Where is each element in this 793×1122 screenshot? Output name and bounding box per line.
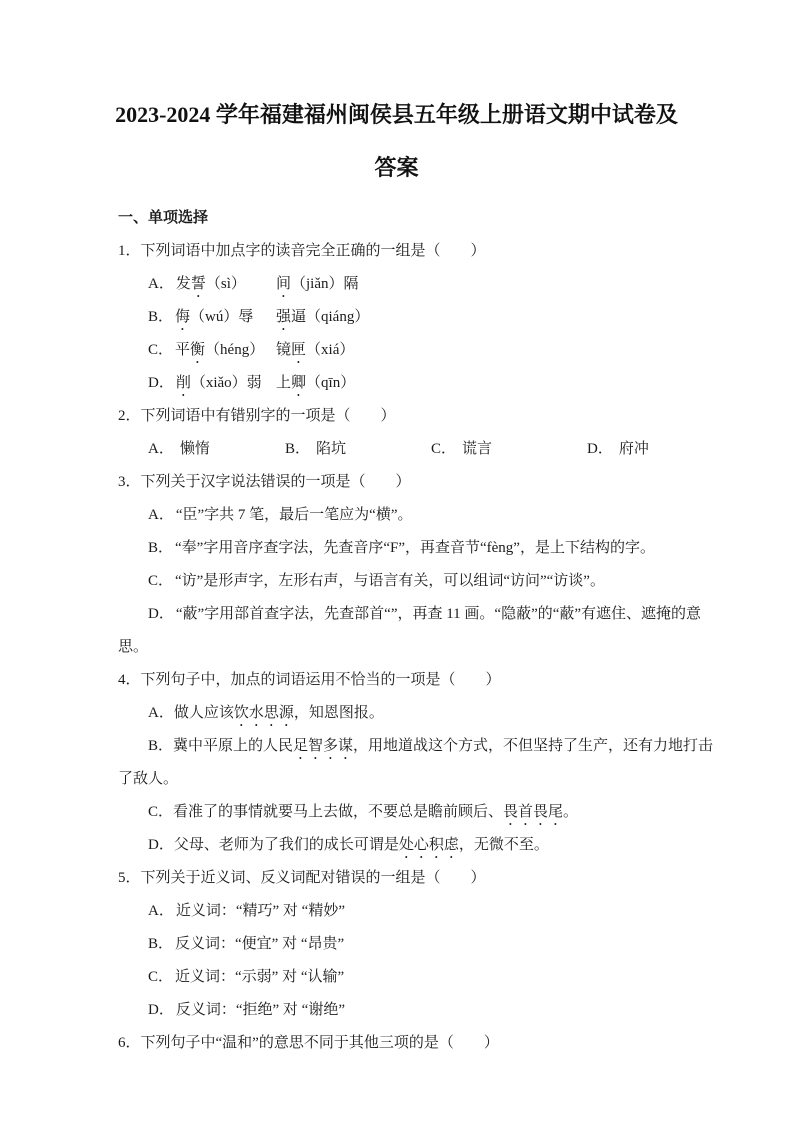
option-word-1: 侮（wú）辱 xyxy=(175,309,253,325)
question-3-option-a: A．“臣”字共 7 笔，最后一笔应为“横”。 xyxy=(118,499,718,532)
document-body: 一、单项选择 1．下列词语中加点字的读音完全正确的一组是（ ） A．发誓（sì）… xyxy=(0,194,793,1060)
option-label: A． xyxy=(148,441,174,457)
question-1-option-a: A．发誓（sì）间（jiǎn）隔 xyxy=(118,268,718,301)
option-label: C． xyxy=(148,969,173,985)
option-label: A． xyxy=(148,276,174,292)
question-5-option-a: A．近义词：“精巧” 对 “精妙” xyxy=(118,895,718,928)
question-5-option-c: C．近义词：“示弱” 对 “认输” xyxy=(118,961,718,994)
question-5-option-d: D．反义词：“拒绝” 对 “谢绝” xyxy=(118,994,718,1027)
question-2-stem: 2．下列词语中有错别字的一项是（ ） xyxy=(118,400,718,433)
option-word-1: 削（xiǎo）弱 xyxy=(176,375,262,391)
question-6-stem: 6．下列句子中“温和”的意思不同于其他三项的是（ ） xyxy=(118,1027,718,1060)
option-text: 府冲 xyxy=(619,441,649,457)
option-text: 反义词：“拒绝” 对 “谢绝” xyxy=(176,1002,345,1018)
question-1-option-c: C．平衡（héng）镜匣（xiá） xyxy=(118,334,718,367)
question-1-stem: 1．下列词语中加点字的读音完全正确的一组是（ ） xyxy=(118,235,718,268)
document-title: 2023-2024 学年福建福州闽侯县五年级上册语文期中试卷及 答案 xyxy=(0,0,793,194)
question-2-option-d: D．府冲 xyxy=(587,433,718,466)
question-1-option-b: B．侮（wú）辱强逼（qiáng） xyxy=(118,301,718,334)
question-2-options-row: A．懒惰 B．陷坑 C．谎言 D．府冲 xyxy=(118,433,718,466)
option-text: “蔽”字用部首查字法，先查部首“”，再查 11 画。“隐蔽”的“蔽”有遮住、遮掩… xyxy=(118,606,701,655)
question-1-option-d: D．削（xiǎo）弱上卿（qīn） xyxy=(118,367,718,400)
option-label: D． xyxy=(148,606,174,622)
title-line-2: 答案 xyxy=(0,141,793,194)
option-text: “访”是形声字，左形右声，与语言有关，可以组词“访问”“访谈”。 xyxy=(175,573,605,589)
option-word-1: 平衡（héng） xyxy=(175,342,264,358)
option-label: C． xyxy=(431,441,456,457)
question-2-option-c: C．谎言 xyxy=(431,433,587,466)
option-text: 近义词：“示弱” 对 “认输” xyxy=(175,969,344,985)
title-line-1: 2023-2024 学年福建福州闽侯县五年级上册语文期中试卷及 xyxy=(0,88,793,141)
option-label: C． xyxy=(148,342,173,358)
question-4-option-a: A．做人应该饮水思源，知恩图报。 xyxy=(118,697,718,730)
question-3-option-b: B．“奉”字用音序查字法，先查音序“F”，再查音节“fèng”，是上下结构的字。 xyxy=(118,532,718,565)
question-2-option-b: B．陷坑 xyxy=(285,433,431,466)
question-4-option-c: C．看准了的事情就要马上去做，不要总是瞻前顾后、畏首畏尾。 xyxy=(118,796,718,829)
option-label: D． xyxy=(148,375,174,391)
question-4-option-d: D．父母、老师为了我们的成长可谓是处心积虑，无微不至。 xyxy=(118,829,718,862)
option-label: A． xyxy=(148,903,174,919)
question-2-option-a: A．懒惰 xyxy=(148,433,285,466)
option-label: D． xyxy=(587,441,613,457)
option-word-2: 间（jiǎn）隔 xyxy=(276,276,359,292)
option-label: C． xyxy=(148,573,173,589)
question-4-stem: 4．下列句子中，加点的词语运用不恰当的一项是（ ） xyxy=(118,664,718,697)
question-5-stem: 5．下列关于近义词、反义词配对错误的一组是（ ） xyxy=(118,862,718,895)
option-text: “奉”字用音序查字法，先查音序“F”，再查音节“fèng”，是上下结构的字。 xyxy=(175,540,655,556)
question-3-option-d: D．“蔽”字用部首查字法，先查部首“”，再查 11 画。“隐蔽”的“蔽”有遮住、… xyxy=(118,598,718,664)
option-label: B． xyxy=(285,441,310,457)
option-text: 反义词：“便宜” 对 “昂贵” xyxy=(175,936,344,952)
option-word-2: 强逼（qiáng） xyxy=(276,309,369,325)
option-label: D． xyxy=(148,1002,174,1018)
option-label: B． xyxy=(148,540,173,556)
section-heading: 一、单项选择 xyxy=(118,202,718,235)
option-text: 近义词：“精巧” 对 “精妙” xyxy=(176,903,345,919)
option-label: B． xyxy=(148,936,173,952)
option-word-1: 发誓（sì） xyxy=(176,276,246,292)
exam-paper-page: 2023-2024 学年福建福州闽侯县五年级上册语文期中试卷及 答案 一、单项选… xyxy=(0,0,793,1122)
option-label: A． xyxy=(148,507,174,523)
question-4-option-b: B．冀中平原上的人民足智多谋，用地道战这个方式，不但坚持了生产，还有力地打击了敌… xyxy=(118,730,718,796)
option-text: “臣”字共 7 笔，最后一笔应为“横”。 xyxy=(176,507,413,523)
question-5-option-b: B．反义词：“便宜” 对 “昂贵” xyxy=(118,928,718,961)
option-text: 懒惰 xyxy=(180,441,210,457)
option-word-2: 上卿（qīn） xyxy=(276,375,355,391)
option-text: 陷坑 xyxy=(316,441,346,457)
question-3-option-c: C．“访”是形声字，左形右声，与语言有关，可以组词“访问”“访谈”。 xyxy=(118,565,718,598)
option-label: B． xyxy=(148,309,173,325)
option-word-2: 镜匣（xiá） xyxy=(276,342,354,358)
option-text: 谎言 xyxy=(462,441,492,457)
question-3-stem: 3．下列关于汉字说法错误的一项是（ ） xyxy=(118,466,718,499)
